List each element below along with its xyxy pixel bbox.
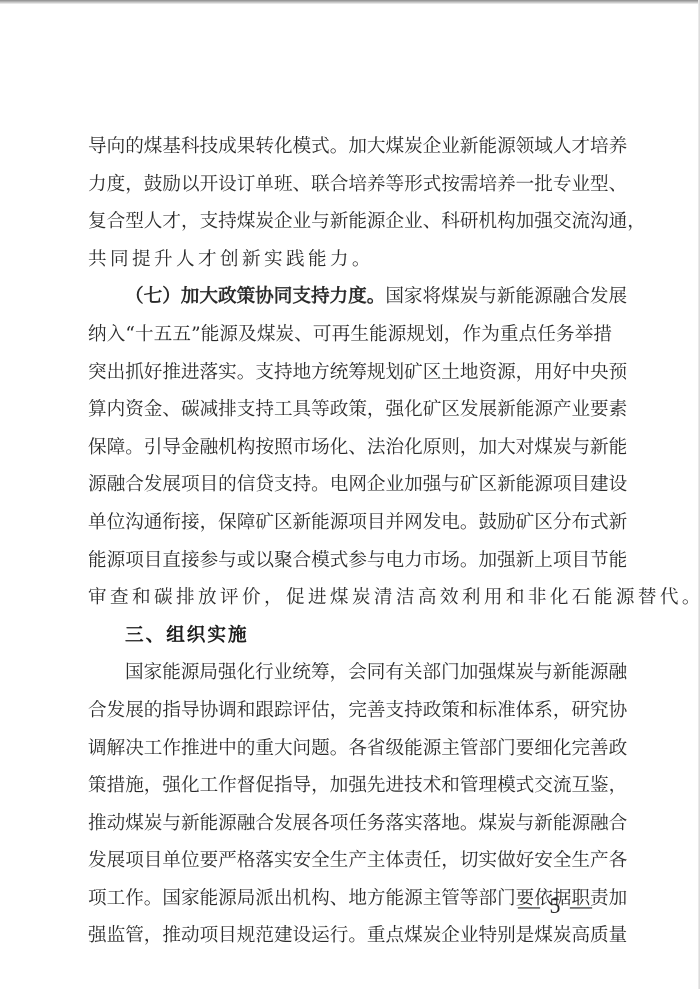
text-line: 强监管，推动项目规范建设运行。重点煤炭企业特别是煤炭高质量 [88, 917, 612, 955]
text-line: 保障。引导金融机构按照市场化、法治化原则，加大对煤炭与新能 [88, 429, 612, 467]
paragraph-talent-cultivation: 导向的煤基科技成果转化模式。加大煤炭企业新能源领域人才培养 力度，鼓励以开设订单… [88, 128, 612, 278]
paragraph-policy-support: （七）加大政策协同支持力度。国家将煤炭与新能源融合发展 纳入“十五五”能源及煤炭… [88, 278, 612, 616]
text-line: 突出抓好推进落实。支持地方统筹规划矿区土地资源，用好中央预 [88, 354, 612, 392]
text-line: 策措施，强化工作督促指导，加强先进技术和管理模式交流互鉴， [88, 767, 612, 805]
text-line: 纳入“十五五”能源及煤炭、可再生能源规划，作为重点任务举措 [88, 316, 612, 354]
text-line: （七）加大政策协同支持力度。国家将煤炭与新能源融合发展 [88, 278, 612, 316]
text-line: 力度，鼓励以开设订单班、联合培养等形式按需培养一批专业型、 [88, 166, 612, 204]
text-line: 单位沟通衔接，保障矿区新能源项目并网发电。鼓励矿区分布式新 [88, 504, 612, 542]
text-line: 国家能源局强化行业统筹，会同有关部门加强煤炭与新能源融 [88, 654, 612, 692]
document-body: 导向的煤基科技成果转化模式。加大煤炭企业新能源领域人才培养 力度，鼓励以开设订单… [88, 128, 612, 955]
scan-edge-top [0, 0, 700, 4]
text-line: 复合型人才，支持煤炭企业与新能源企业、科研机构加强交流沟通， [88, 203, 612, 241]
subsection-lead-title: （七）加大政策协同支持力度。 [125, 286, 385, 307]
section-heading: 三、组织实施 [88, 617, 612, 655]
text-line: 审查和碳排放评价，促进煤炭清洁高效利用和非化石能源替代。 [88, 579, 612, 617]
page-number: — 5 — [518, 893, 594, 919]
text-line: 算内资金、碳减排支持工具等政策，强化矿区发展新能源产业要素 [88, 391, 612, 429]
text-line: 推动煤炭与新能源融合发展各项任务落实落地。煤炭与新能源融合 [88, 805, 612, 843]
text-line: 共同提升人才创新实践能力。 [88, 241, 612, 279]
text-line: 导向的煤基科技成果转化模式。加大煤炭企业新能源领域人才培养 [88, 128, 612, 166]
text-line: 调解决工作推进中的重大问题。各省级能源主管部门要细化完善政 [88, 730, 612, 768]
text-line: 源融合发展项目的信贷支持。电网企业加强与矿区新能源项目建设 [88, 466, 612, 504]
text-line: 合发展的指导协调和跟踪评估，完善支持政策和标准体系，研究协 [88, 692, 612, 730]
text-line: 能源项目直接参与或以聚合模式参与电力市场。加强新上项目节能 [88, 542, 612, 580]
text-line: 发展项目单位要严格落实安全生产主体责任，切实做好安全生产各 [88, 842, 612, 880]
text-span: 国家将煤炭与新能源融合发展 [385, 286, 627, 307]
